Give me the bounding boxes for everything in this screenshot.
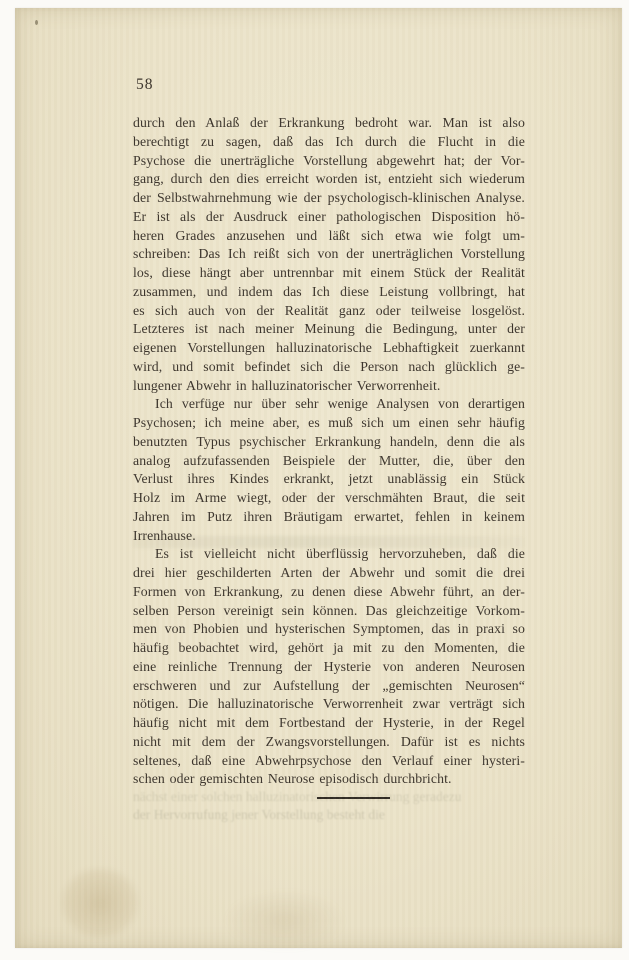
text-line: der Selbstwahrnehmung wie der psychologi… xyxy=(133,189,525,208)
text-line: drei hier geschilderten Arten der Abwehr… xyxy=(133,564,525,583)
text-line: durch den Anlaß der Erkrankung bedroht w… xyxy=(133,114,525,133)
text-line: nötigen. Die halluzinatorische Verworren… xyxy=(133,695,525,714)
text-line: Letzteres ist nach meiner Meinung die Be… xyxy=(133,320,525,339)
text-line: schreiben: Das Ich reißt sich von der un… xyxy=(133,245,525,264)
text-line: lungener Abwehr in halluzinatorischer Ve… xyxy=(133,377,525,396)
text-line: Es ist vielleicht nicht überflüssig herv… xyxy=(133,545,525,564)
scanned-page-frame: 58 durch den Anlaß der Erkrankung bedroh… xyxy=(0,0,629,960)
text-line: Verlust ihres Kindes erkrankt, jetzt una… xyxy=(133,470,525,489)
text-column: durch den Anlaß der Erkrankung bedroht w… xyxy=(133,114,525,789)
text-line: men von Phobien und hysterischen Symptom… xyxy=(133,620,525,639)
text-line: benutzten Typus psychischer Erkrankung h… xyxy=(133,433,525,452)
text-line: selben Person vereinigt sein können. Das… xyxy=(133,602,525,621)
paragraph-3: Es ist vielleicht nicht überflüssig herv… xyxy=(133,545,525,789)
text-line: Holz im Arme wiegt, oder der verschmähte… xyxy=(133,489,525,508)
section-divider-rule xyxy=(317,797,390,799)
text-line: eigenen Vorstellungen halluzinatorische … xyxy=(133,339,525,358)
text-line: es sich auch von der Realität ganz oder … xyxy=(133,302,525,321)
text-line: nicht mit dem der Zwangsvorstellungen. D… xyxy=(133,733,525,752)
text-line: gang, durch den dies erreicht worden ist… xyxy=(133,170,525,189)
text-line: analog aufzufassenden Beispiele der Mutt… xyxy=(133,452,525,471)
text-line: zusammen, und indem das Ich diese Leistu… xyxy=(133,283,525,302)
text-line: erschweren und zur Aufstellung der „gemi… xyxy=(133,677,525,696)
page-stain xyxy=(45,853,155,953)
page-stain xyxy=(200,878,370,960)
text-line: heren Grades anzusehen und läßt sich etw… xyxy=(133,227,525,246)
text-line: los, diese hängt aber untrennbar mit ein… xyxy=(133,264,525,283)
text-line: häufig nicht mit dem Fortbestand der Hys… xyxy=(133,714,525,733)
text-line: Psychose die unerträgliche Vorstellung a… xyxy=(133,152,525,171)
text-line: eine reinliche Trennung der Hysterie von… xyxy=(133,658,525,677)
text-line: schen oder gemischten Neurose episodisch… xyxy=(133,770,525,789)
text-line: seltenes, daß eine Abwehrpsychose den Ve… xyxy=(133,752,525,771)
text-line: Irrenhause. xyxy=(133,527,525,546)
text-line: häufig beobachtet wird, gehört ja mit zu… xyxy=(133,639,525,658)
text-line: Jahren im Putz ihren Bräutigam erwartet,… xyxy=(133,508,525,527)
page-number: 58 xyxy=(136,76,154,94)
paragraph-1: durch den Anlaß der Erkrankung bedroht w… xyxy=(133,114,525,395)
text-line: Ich verfüge nur über sehr wenige Analyse… xyxy=(133,395,525,414)
text-line: Er ist als der Ausdruck einer pathologis… xyxy=(133,208,525,227)
book-page: 58 durch den Anlaß der Erkrankung bedroh… xyxy=(15,8,622,948)
text-line: wird, und somit befindet sich die Person… xyxy=(133,358,525,377)
paragraph-2: Ich verfüge nur über sehr wenige Analyse… xyxy=(133,395,525,545)
text-line: Formen von Erkrankung, zu denen diese Ab… xyxy=(133,583,525,602)
text-line: Psychosen; ich meine aber, es muß sich u… xyxy=(133,414,525,433)
bleedthrough-text: der Hervorrufung jener Vorstellung beste… xyxy=(133,806,533,823)
paper-speck xyxy=(35,20,38,25)
text-line: berechtigt zu sagen, daß das Ich durch d… xyxy=(133,133,525,152)
